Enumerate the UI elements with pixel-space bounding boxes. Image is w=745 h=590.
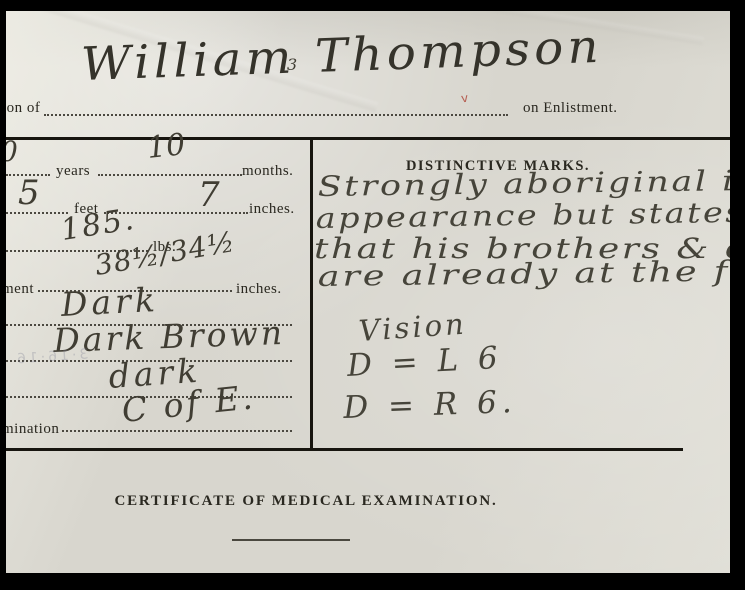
scanned-document: ion of William Thompson 3 on Enlistment.… xyxy=(0,0,745,590)
document-paper: ion of William Thompson 3 on Enlistment.… xyxy=(6,11,730,573)
vision-left-value-handwritten: D = L 6 xyxy=(346,340,503,384)
age-years-value-handwritten: 0 xyxy=(6,135,18,168)
ink-bleed-stamp: 3·16·16 xyxy=(14,346,89,367)
name-dotted-line xyxy=(44,114,508,116)
vision-right-value-handwritten: D = R 6. xyxy=(343,384,517,426)
age-months-value-handwritten: 10 xyxy=(145,127,187,166)
certificate-divider-rule xyxy=(232,539,350,541)
measurement-label-fragment: ment xyxy=(6,281,34,298)
marks-note-line: appearance but states xyxy=(315,196,730,235)
on-enlistment-label: on Enlistment. xyxy=(523,100,618,117)
years-label: years xyxy=(56,163,90,180)
denomination-label-fragment: mination xyxy=(6,421,59,438)
inches-label: inches. xyxy=(236,281,282,298)
table-bottom-rule xyxy=(6,448,683,451)
enlistee-name-handwritten: William Thompson xyxy=(80,19,603,91)
height-feet-value-handwritten: 5 xyxy=(18,173,40,213)
height-inches-value-handwritten: 7 xyxy=(198,175,220,215)
description-of-label-fragment: ion of xyxy=(6,100,40,117)
distinctive-marks-panel: DISTINCTIVE MARKS. Strongly aboriginal i… xyxy=(312,142,730,448)
pencil-mark: 3 xyxy=(287,55,297,74)
red-check-mark: v xyxy=(460,91,469,106)
dotted-line xyxy=(62,430,292,432)
certificate-heading: CERTIFICATE OF MEDICAL EXAMINATION. xyxy=(6,493,606,510)
dotted-line xyxy=(98,174,242,176)
marks-note-line: are already at the front xyxy=(317,253,730,293)
table-top-rule xyxy=(6,137,730,140)
months-label: months. xyxy=(242,163,293,180)
inches-label: inches. xyxy=(249,201,295,218)
weight-value-handwritten: 185. xyxy=(59,202,138,248)
